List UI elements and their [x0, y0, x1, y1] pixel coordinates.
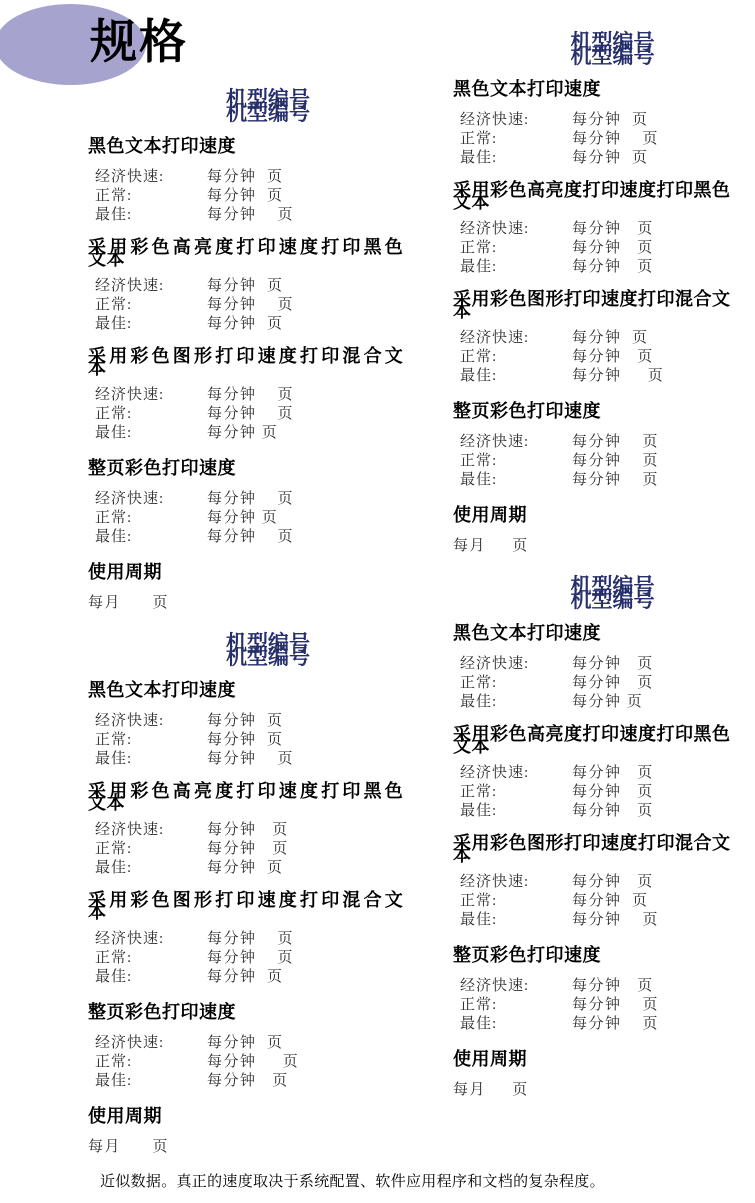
- spec-row: 最佳:每分钟 页: [453, 471, 734, 490]
- model-number-line: 机型编号: [491, 50, 734, 64]
- spec-row-value: 每分钟 页: [572, 784, 654, 800]
- section-heading: 使用周期: [88, 563, 410, 582]
- spec-section: 采用彩色图形打印速度打印混合文本经济快速:每分钟 页正常:每分钟 页最佳:每分钟…: [453, 837, 734, 930]
- spec-row: 最佳:每分钟 页: [453, 802, 734, 821]
- column-right: 机型编号机型编号黑色文本打印速度经济快速:每分钟 页正常:每分钟 页最佳:每分钟…: [453, 36, 734, 1100]
- spec-row-label: 正常:: [95, 509, 207, 528]
- spec-row-value: 每分钟 页: [572, 330, 649, 346]
- spec-row-label: 最佳:: [95, 750, 207, 769]
- model-number-heading: 机型编号机型编号: [453, 580, 734, 608]
- section-heading-line: 黑色文本打印速度: [88, 681, 410, 700]
- spec-row: 正常:每分钟 页: [453, 239, 734, 258]
- section-heading: 采用彩色图形打印速度打印混合文本: [88, 894, 410, 918]
- spec-row-label: 经济快速:: [460, 329, 572, 348]
- spec-section: 采用彩色图形打印速度打印混合文本经济快速:每分钟 页正常:每分钟 页最佳:每分钟…: [453, 293, 734, 386]
- spec-section: 采用彩色图形打印速度打印混合文本经济快速:每分钟 页正常:每分钟 页最佳:每分钟…: [88, 350, 410, 443]
- spec-row-value: 每分钟 页: [207, 316, 284, 332]
- duty-cycle-value: 每月 页: [453, 537, 734, 556]
- spec-row: 正常:每分钟 页: [88, 840, 410, 859]
- spec-row-value: 每分钟 页: [572, 997, 659, 1013]
- spec-row-value: 每分钟 页: [572, 874, 654, 890]
- spec-row-label: 经济快速:: [460, 873, 572, 892]
- model-spec-block: 机型编号机型编号黑色文本打印速度经济快速:每分钟 页正常:每分钟 页最佳:每分钟…: [88, 637, 410, 1157]
- spec-row-value: 每分钟 页: [207, 510, 278, 526]
- spec-section: 采用彩色高亮度打印速度打印黑色文本经济快速:每分钟 页正常:每分钟 页最佳:每分…: [453, 184, 734, 277]
- spec-row: 经济快速:每分钟 页: [453, 977, 734, 996]
- spec-row-label: 最佳:: [460, 367, 572, 386]
- spec-section: 采用彩色图形打印速度打印混合文本经济快速:每分钟 页正常:每分钟 页最佳:每分钟…: [88, 894, 410, 987]
- section-heading-line: 整页彩色打印速度: [453, 946, 734, 965]
- section-heading: 采用彩色高亮度打印速度打印黑色文本: [453, 184, 734, 208]
- spec-row-label: 正常:: [95, 405, 207, 424]
- model-spec-block: 机型编号机型编号黑色文本打印速度经济快速:每分钟 页正常:每分钟 页最佳:每分钟…: [453, 36, 734, 556]
- spec-row-value: 每分钟 页: [207, 278, 284, 294]
- spec-row: 最佳:每分钟 页: [88, 859, 410, 878]
- spec-row-label: 经济快速:: [460, 111, 572, 130]
- model-number-heading: 机型编号机型编号: [88, 93, 410, 121]
- spec-row-label: 经济快速:: [460, 433, 572, 452]
- spec-row: 经济快速:每分钟 页: [453, 655, 734, 674]
- spec-row-label: 最佳:: [95, 206, 207, 225]
- spec-row-label: 正常:: [95, 187, 207, 206]
- spec-row-label: 正常:: [95, 949, 207, 968]
- spec-row-label: 经济快速:: [460, 220, 572, 239]
- spec-row-value: 每分钟 页: [207, 387, 294, 403]
- spec-row: 经济快速:每分钟 页: [453, 111, 734, 130]
- section-heading-line: 黑色文本打印速度: [453, 624, 734, 643]
- section-heading: 采用彩色高亮度打印速度打印黑色文本: [88, 785, 410, 809]
- spec-row: 最佳:每分钟 页: [453, 149, 734, 168]
- spec-row-value: 每分钟 页: [207, 297, 294, 313]
- section-heading: 黑色文本打印速度: [453, 624, 734, 643]
- section-heading-line: 黑色文本打印速度: [453, 80, 734, 99]
- spec-row: 正常:每分钟 页: [88, 187, 410, 206]
- section-heading: 整页彩色打印速度: [453, 402, 734, 421]
- spec-row-value: 每分钟 页: [572, 259, 654, 275]
- section-heading: 整页彩色打印速度: [88, 459, 410, 478]
- spec-section: 黑色文本打印速度经济快速:每分钟 页正常:每分钟 页最佳:每分钟 页: [88, 137, 410, 225]
- spec-row-value: 每分钟 页: [207, 969, 284, 985]
- spec-section: 黑色文本打印速度经济快速:每分钟 页正常:每分钟 页最佳:每分钟 页: [88, 681, 410, 769]
- spec-page: 规格 机型编号机型编号黑色文本打印速度经济快速:每分钟 页正常:每分钟 页最佳:…: [0, 0, 755, 1203]
- section-heading-line: 使用周期: [88, 563, 410, 582]
- section-heading-line: 整页彩色打印速度: [453, 402, 734, 421]
- spec-row-value: 每分钟 页: [207, 732, 284, 748]
- spec-row: 正常:每分钟 页: [88, 405, 410, 424]
- spec-row: 正常:每分钟 页: [453, 452, 734, 471]
- spec-row-value: 每分钟 页: [572, 656, 654, 672]
- section-heading-line: 整页彩色打印速度: [88, 1003, 410, 1022]
- spec-row-value: 每分钟 页: [207, 931, 294, 947]
- spec-row-label: 正常:: [460, 674, 572, 693]
- spec-section: 采用彩色高亮度打印速度打印黑色文本经济快速:每分钟 页正常:每分钟 页最佳:每分…: [88, 785, 410, 878]
- spec-row: 最佳:每分钟 页: [453, 258, 734, 277]
- spec-row: 最佳:每分钟 页: [453, 911, 734, 930]
- spec-row-label: 经济快速:: [95, 168, 207, 187]
- spec-row-label: 正常:: [95, 731, 207, 750]
- spec-row-label: 最佳:: [460, 1015, 572, 1034]
- section-heading: 采用彩色图形打印速度打印混合文本: [453, 837, 734, 861]
- spec-row-value: 每分钟 页: [207, 207, 294, 223]
- spec-row-label: 最佳:: [460, 911, 572, 930]
- spec-row: 正常:每分钟 页: [453, 130, 734, 149]
- spec-row-label: 经济快速:: [460, 977, 572, 996]
- spec-row-value: 每分钟 页: [572, 150, 649, 166]
- spec-row: 经济快速:每分钟 页: [88, 490, 410, 509]
- spec-row-value: 每分钟 页: [207, 491, 294, 507]
- duty-cycle-value: 每月 页: [88, 1138, 410, 1157]
- section-heading: 使用周期: [453, 1050, 734, 1069]
- footnote: 近似数据。真正的速度取决于系统配置、软件应用程序和文档的复杂程度。: [100, 1170, 605, 1191]
- spec-row-value: 每分钟 页: [207, 841, 289, 857]
- spec-row-label: 经济快速:: [95, 490, 207, 509]
- spec-row: 正常:每分钟 页: [88, 949, 410, 968]
- spec-row-label: 最佳:: [95, 528, 207, 547]
- spec-row-label: 最佳:: [95, 968, 207, 987]
- spec-row: 经济快速:每分钟 页: [453, 220, 734, 239]
- spec-row-label: 最佳:: [95, 424, 207, 443]
- spec-section: 采用彩色高亮度打印速度打印黑色文本经济快速:每分钟 页正常:每分钟 页最佳:每分…: [453, 728, 734, 821]
- spec-row-label: 最佳:: [95, 1072, 207, 1091]
- model-spec-block: 机型编号机型编号黑色文本打印速度经济快速:每分钟 页正常:每分钟 页最佳:每分钟…: [88, 93, 410, 613]
- spec-row-label: 正常:: [460, 239, 572, 258]
- spec-section: 使用周期每月 页: [453, 1050, 734, 1100]
- spec-section: 使用周期每月 页: [453, 506, 734, 556]
- spec-row: 经济快速:每分钟 页: [453, 873, 734, 892]
- spec-row: 正常:每分钟 页: [453, 783, 734, 802]
- section-heading-line: 使用周期: [88, 1107, 410, 1126]
- spec-row-value: 每分钟 页: [207, 1054, 299, 1070]
- spec-row-label: 经济快速:: [95, 712, 207, 731]
- spec-row-value: 每分钟 页: [207, 406, 294, 422]
- spec-section: 黑色文本打印速度经济快速:每分钟 页正常:每分钟 页最佳:每分钟 页: [453, 80, 734, 168]
- page-title: 规格: [90, 14, 188, 70]
- spec-row-label: 经济快速:: [95, 1034, 207, 1053]
- spec-row-label: 最佳:: [460, 149, 572, 168]
- spec-row: 最佳:每分钟 页: [453, 367, 734, 386]
- spec-row-value: 每分钟 页: [207, 169, 284, 185]
- section-heading-line: 使用周期: [453, 506, 734, 525]
- spec-row: 经济快速:每分钟 页: [88, 930, 410, 949]
- model-spec-block: 机型编号机型编号黑色文本打印速度经济快速:每分钟 页正常:每分钟 页最佳:每分钟…: [453, 580, 734, 1100]
- spec-row-value: 每分钟 页: [207, 860, 284, 876]
- spec-row-value: 每分钟 页: [207, 1073, 289, 1089]
- duty-cycle-value: 每月 页: [88, 594, 410, 613]
- spec-row-value: 每分钟 页: [572, 694, 643, 710]
- section-heading: 采用彩色图形打印速度打印混合文本: [88, 350, 410, 374]
- spec-row-value: 每分钟 页: [207, 950, 294, 966]
- spec-row-label: 经济快速:: [95, 277, 207, 296]
- spec-row-value: 每分钟 页: [572, 221, 654, 237]
- model-number-line: 机型编号: [126, 107, 410, 121]
- spec-row-label: 最佳:: [460, 471, 572, 490]
- spec-section: 整页彩色打印速度经济快速:每分钟 页正常:每分钟 页最佳:每分钟 页: [453, 946, 734, 1034]
- spec-row-value: 每分钟 页: [572, 112, 649, 128]
- section-heading-line: 整页彩色打印速度: [88, 459, 410, 478]
- section-heading-line: 采用彩色高亮度打印速度打印黑色: [88, 785, 410, 797]
- model-number-heading: 机型编号机型编号: [453, 36, 734, 64]
- section-heading-line: 使用周期: [453, 1050, 734, 1069]
- section-heading: 整页彩色打印速度: [453, 946, 734, 965]
- spec-row: 最佳:每分钟 页: [88, 315, 410, 334]
- spec-row-label: 最佳:: [95, 315, 207, 334]
- section-heading-line: 采用彩色高亮度打印速度打印黑色: [453, 728, 734, 740]
- section-heading: 黑色文本打印速度: [453, 80, 734, 99]
- spec-section: 整页彩色打印速度经济快速:每分钟 页正常:每分钟 页最佳:每分钟 页: [453, 402, 734, 490]
- spec-row: 经济快速:每分钟 页: [88, 821, 410, 840]
- spec-section: 整页彩色打印速度经济快速:每分钟 页正常:每分钟 页最佳:每分钟 页: [88, 459, 410, 547]
- spec-row-value: 每分钟 页: [572, 240, 654, 256]
- spec-row: 最佳:每分钟 页: [453, 1015, 734, 1034]
- model-number-heading: 机型编号机型编号: [88, 637, 410, 665]
- model-number-line: 机型编号: [126, 651, 410, 665]
- spec-row-value: 每分钟 页: [572, 1016, 659, 1032]
- spec-section: 使用周期每月 页: [88, 563, 410, 613]
- spec-row: 经济快速:每分钟 页: [88, 277, 410, 296]
- spec-row-label: 经济快速:: [460, 764, 572, 783]
- section-heading-line: 采用彩色高亮度打印速度打印黑色: [88, 241, 410, 253]
- spec-section: 黑色文本打印速度经济快速:每分钟 页正常:每分钟 页最佳:每分钟 页: [453, 624, 734, 712]
- column-left: 机型编号机型编号黑色文本打印速度经济快速:每分钟 页正常:每分钟 页最佳:每分钟…: [88, 93, 410, 1157]
- section-heading: 采用彩色图形打印速度打印混合文本: [453, 293, 734, 317]
- spec-row-value: 每分钟 页: [207, 713, 284, 729]
- section-heading-line: 黑色文本打印速度: [88, 137, 410, 156]
- spec-row: 经济快速:每分钟 页: [88, 168, 410, 187]
- section-heading-line: 采用彩色图形打印速度打印混合文: [453, 293, 734, 305]
- spec-row: 最佳:每分钟 页: [88, 968, 410, 987]
- spec-row-label: 最佳:: [95, 859, 207, 878]
- duty-cycle-value: 每月 页: [453, 1081, 734, 1100]
- spec-row-value: 每分钟 页: [572, 893, 649, 909]
- spec-row: 最佳:每分钟 页: [88, 1072, 410, 1091]
- spec-row-label: 经济快速:: [460, 655, 572, 674]
- spec-row-label: 正常:: [95, 1053, 207, 1072]
- section-heading-line: 采用彩色图形打印速度打印混合文: [88, 350, 410, 362]
- spec-row: 正常:每分钟 页: [88, 731, 410, 750]
- spec-row-value: 每分钟 页: [572, 912, 659, 928]
- spec-row: 经济快速:每分钟 页: [88, 712, 410, 731]
- spec-row: 最佳:每分钟 页: [88, 206, 410, 225]
- spec-row-value: 每分钟 页: [572, 803, 654, 819]
- spec-row: 正常:每分钟 页: [88, 1053, 410, 1072]
- spec-row: 最佳:每分钟 页: [88, 424, 410, 443]
- spec-row-value: 每分钟 页: [572, 472, 659, 488]
- spec-row-value: 每分钟 页: [572, 765, 654, 781]
- spec-row-label: 正常:: [460, 348, 572, 367]
- spec-row-label: 最佳:: [460, 258, 572, 277]
- section-heading-line: 采用彩色高亮度打印速度打印黑色: [453, 184, 734, 196]
- spec-section: 整页彩色打印速度经济快速:每分钟 页正常:每分钟 页最佳:每分钟 页: [88, 1003, 410, 1091]
- spec-row: 经济快速:每分钟 页: [453, 329, 734, 348]
- spec-row-label: 最佳:: [460, 802, 572, 821]
- spec-row-label: 经济快速:: [95, 821, 207, 840]
- spec-row-value: 每分钟 页: [572, 349, 654, 365]
- spec-row-value: 每分钟 页: [207, 529, 294, 545]
- spec-row-value: 每分钟 页: [207, 751, 294, 767]
- spec-row-value: 每分钟 页: [207, 188, 284, 204]
- spec-row: 正常:每分钟 页: [453, 348, 734, 367]
- section-heading: 采用彩色高亮度打印速度打印黑色文本: [88, 241, 410, 265]
- spec-row-value: 每分钟 页: [572, 368, 664, 384]
- spec-row-value: 每分钟 页: [207, 822, 289, 838]
- spec-row: 经济快速:每分钟 页: [88, 386, 410, 405]
- spec-row: 经济快速:每分钟 页: [453, 433, 734, 452]
- spec-row-label: 正常:: [460, 783, 572, 802]
- section-heading: 采用彩色高亮度打印速度打印黑色文本: [453, 728, 734, 752]
- spec-row-label: 经济快速:: [95, 386, 207, 405]
- section-heading-line: 采用彩色图形打印速度打印混合文: [88, 894, 410, 906]
- spec-row-label: 正常:: [460, 452, 572, 471]
- section-heading: 黑色文本打印速度: [88, 681, 410, 700]
- spec-row-label: 正常:: [95, 840, 207, 859]
- spec-row-label: 最佳:: [460, 693, 572, 712]
- spec-row-value: 每分钟 页: [572, 978, 654, 994]
- spec-section: 使用周期每月 页: [88, 1107, 410, 1157]
- section-heading: 黑色文本打印速度: [88, 137, 410, 156]
- spec-row: 最佳:每分钟 页: [88, 528, 410, 547]
- spec-row: 正常:每分钟 页: [88, 509, 410, 528]
- spec-row-label: 正常:: [460, 892, 572, 911]
- spec-row-value: 每分钟 页: [572, 131, 659, 147]
- spec-row-value: 每分钟 页: [572, 453, 659, 469]
- spec-row: 最佳:每分钟 页: [453, 693, 734, 712]
- section-heading: 使用周期: [88, 1107, 410, 1126]
- spec-row-label: 正常:: [95, 296, 207, 315]
- spec-row: 最佳:每分钟 页: [88, 750, 410, 769]
- spec-row-label: 正常:: [460, 130, 572, 149]
- spec-row-value: 每分钟 页: [572, 434, 659, 450]
- spec-row: 正常:每分钟 页: [453, 892, 734, 911]
- spec-row: 经济快速:每分钟 页: [453, 764, 734, 783]
- spec-row: 正常:每分钟 页: [88, 296, 410, 315]
- spec-row-label: 经济快速:: [95, 930, 207, 949]
- section-heading-line: 采用彩色图形打印速度打印混合文: [453, 837, 734, 849]
- spec-row-value: 每分钟 页: [572, 675, 654, 691]
- section-heading: 整页彩色打印速度: [88, 1003, 410, 1022]
- spec-row: 正常:每分钟 页: [453, 674, 734, 693]
- spec-row: 正常:每分钟 页: [453, 996, 734, 1015]
- spec-row-value: 每分钟 页: [207, 1035, 284, 1051]
- spec-row: 经济快速:每分钟 页: [88, 1034, 410, 1053]
- spec-row-label: 正常:: [460, 996, 572, 1015]
- section-heading: 使用周期: [453, 506, 734, 525]
- spec-section: 采用彩色高亮度打印速度打印黑色文本经济快速:每分钟 页正常:每分钟 页最佳:每分…: [88, 241, 410, 334]
- spec-row-value: 每分钟 页: [207, 425, 278, 441]
- model-number-line: 机型编号: [491, 594, 734, 608]
